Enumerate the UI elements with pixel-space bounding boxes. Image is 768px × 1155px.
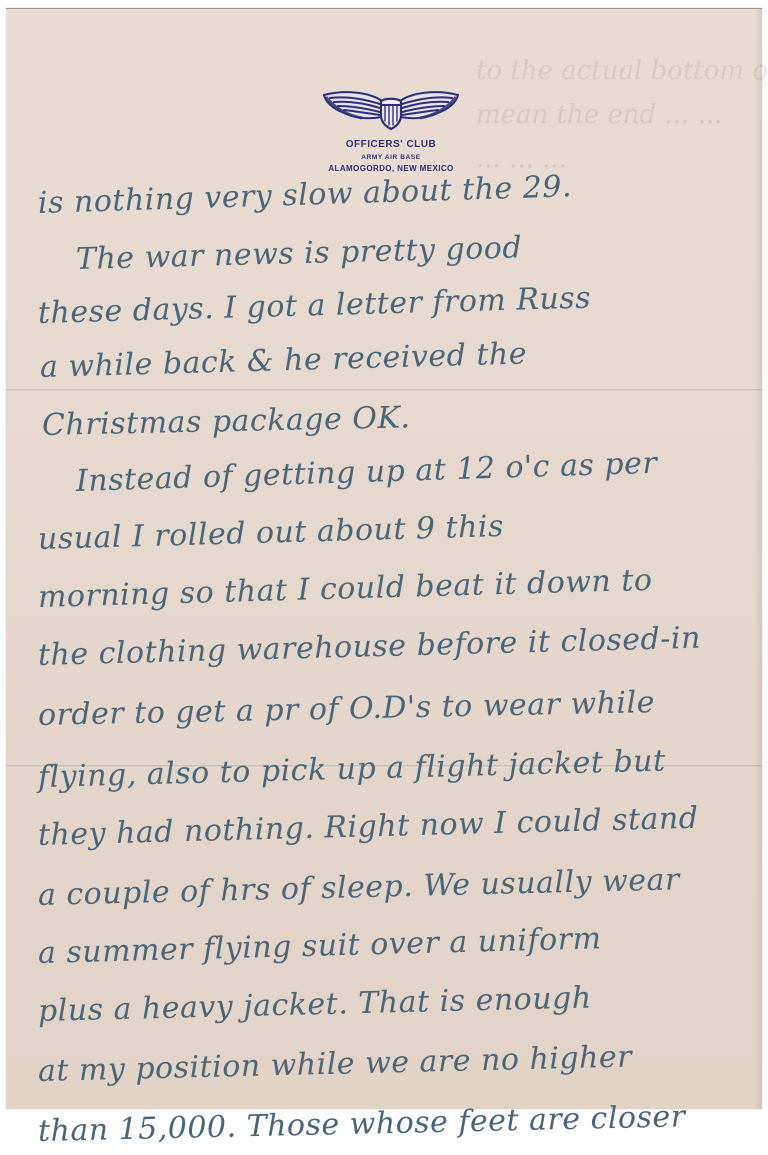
letter-line: The war news is pretty good [75,225,522,283]
letter-line: a while back & he received the [39,331,527,391]
letter-line: Instead of getting up at 12 o'c as per [75,441,658,505]
letter-line: a summer flying suit over a uniform [37,916,602,977]
letter-line: morning so that I could beat it down to [37,558,653,621]
letter-line: they had nothing. Right now I could stan… [37,796,699,859]
letter-line: flying, also to pick up a flight jacket … [37,739,666,801]
letter-line: at my position while we are no higher [37,1034,632,1095]
letter-line: Christmas package OK. [42,395,411,449]
bleed-through-text: to the actual bottom of the ... [476,49,768,93]
letter-line: order to get a pr of O.D's to wear while [38,680,656,739]
letter-line: the clothing warehouse before it closed-… [37,616,701,679]
fold-crease [6,389,762,392]
letter-line: a couple of hrs of sleep. We usually wea… [37,857,680,919]
letter-line: than 15,000. Those whose feet are closer [37,1094,686,1119]
letter-page: to the actual bottom of the ... mean the… [6,8,762,1109]
letterhead-title: OFFICERS' CLUB [306,139,476,150]
army-air-forces-wings-icon [316,87,466,131]
letter-line: usual I rolled out about 9 this [37,504,504,563]
letter-line: these days. I got a letter from Russ [37,276,591,337]
letter-line: plus a heavy jacket. That is enough [37,975,592,1035]
letter-line: is nothing very slow about the 29. [37,164,572,227]
page-edge-shadow [754,9,762,1109]
bleed-through-text: mean the end ... ... [476,93,722,137]
letterhead: OFFICERS' CLUB ARMY AIR BASE ALAMOGORDO,… [306,87,476,173]
letterhead-subtitle: ARMY AIR BASE [306,154,476,161]
